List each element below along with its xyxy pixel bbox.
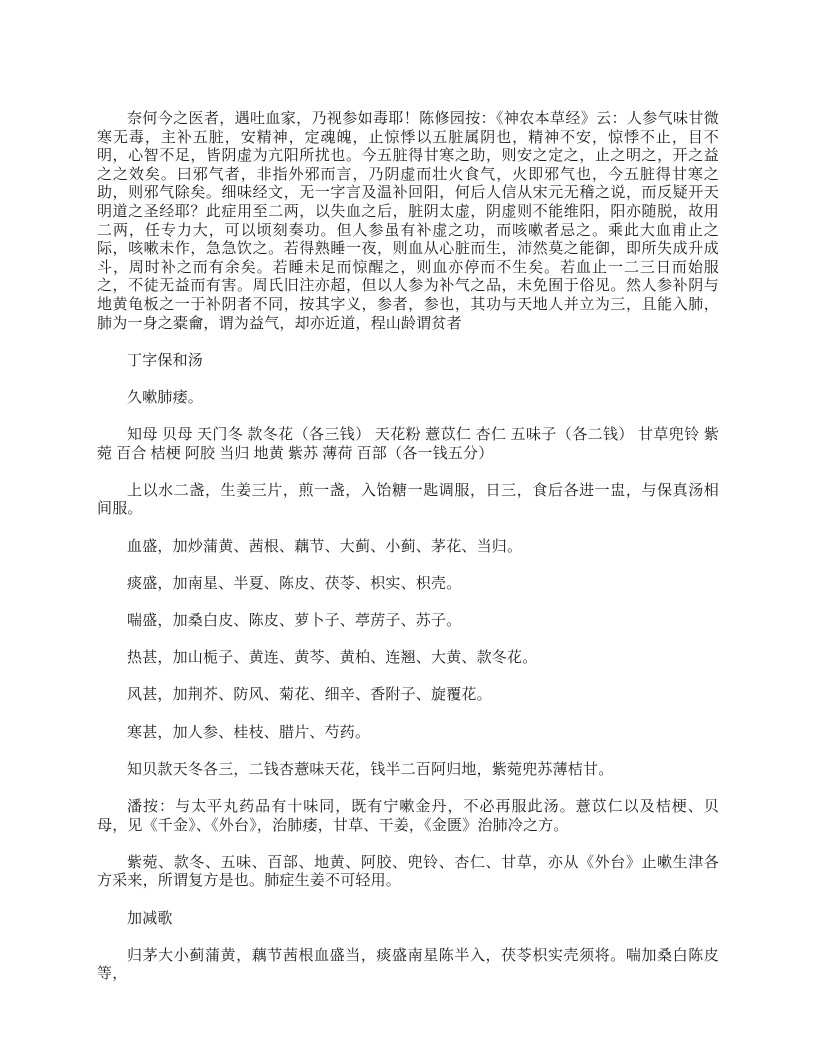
paragraph-supplement-note: 紫菀、款冬、五味、百部、地黄、阿胶、兜铃、杏仁、甘草，亦从《外台》止嗽生津各方采… [97, 854, 719, 891]
document-page: 奈何今之医者，遇吐血家，乃视参如毒耶！陈修园按：《神农本草经》云：人参气味甘微寒… [0, 0, 816, 1056]
paragraph-addition-phlegm: 痰盛，加南星、半夏、陈皮、茯苓、枳实、枳壳。 [97, 575, 719, 594]
paragraph-jiajian-verse: 归茅大小蓟蒲黄，藕节茜根血盛当，痰盛南星陈半入，茯苓枳实壳须将。喘加桑白陈皮等， [97, 947, 719, 984]
paragraph-ingredients: 知母 贝母 天门冬 款冬花（各三钱） 天花粉 薏苡仁 杏仁 五味子（各二钱） 甘… [97, 426, 719, 463]
paragraph-indication: 久嗽肺痿。 [97, 389, 719, 408]
heading-formula-dingzi-baohe-tang: 丁字保和汤 [97, 352, 719, 371]
paragraph-preparation: 上以水二盏，生姜三片，煎一盏，入饴糖一匙调服，日三，食后各进一盅，与保真汤相间服… [97, 482, 719, 519]
paragraph-pan-note: 潘按：与太平丸药品有十味同，既有宁嗽金丹，不必再服此汤。薏苡仁以及桔梗、贝母，见… [97, 798, 719, 835]
paragraph-dose-verse: 知贝款天冬各三，二钱杏薏味天花，钱半二百阿归地，紫菀兜苏薄桔甘。 [97, 761, 719, 780]
paragraph-addition-wind: 风甚，加荆芥、防风、菊花、细辛、香附子、旋覆花。 [97, 686, 719, 705]
paragraph-addition-panting: 喘盛，加桑白皮、陈皮、萝卜子、葶苈子、苏子。 [97, 612, 719, 631]
paragraph-addition-blood: 血盛，加炒蒲黄、茜根、藕节、大蓟、小蓟、茅花、当归。 [97, 538, 719, 557]
paragraph-addition-heat: 热甚，加山栀子、黄连、黄芩、黄柏、连翘、大黄、款冬花。 [97, 649, 719, 668]
paragraph-renshen-commentary: 奈何今之医者，遇吐血家，乃视参如毒耶！陈修园按：《神农本草经》云：人参气味甘微寒… [97, 110, 719, 333]
paragraph-addition-cold: 寒甚，加人参、桂枝、腊片、芍药。 [97, 724, 719, 743]
heading-jiajian-ge: 加减歌 [97, 910, 719, 929]
text-block: 奈何今之医者，遇吐血家，乃视参如毒耶！陈修园按：《神农本草经》云：人参气味甘微寒… [97, 110, 719, 1003]
